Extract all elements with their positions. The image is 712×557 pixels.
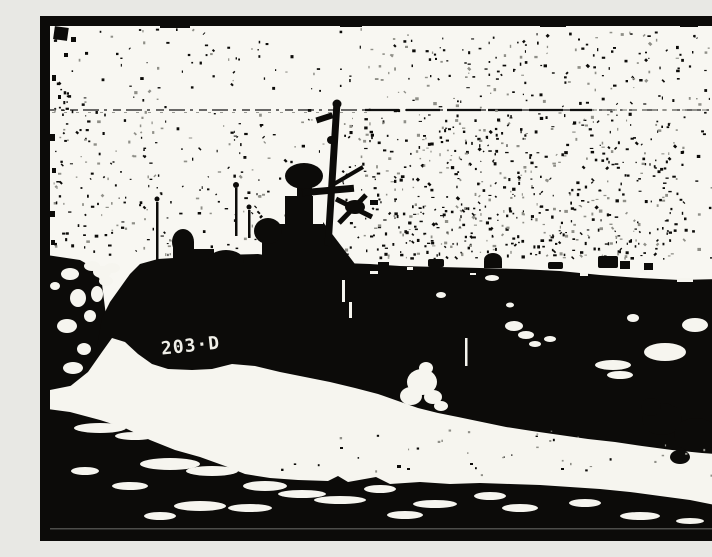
- radar-dome: [285, 163, 323, 189]
- border-top: [40, 16, 712, 26]
- border-bottom: [40, 531, 712, 541]
- mast-antenna-cluster: [345, 200, 365, 214]
- border-left: [40, 16, 50, 541]
- ship-photograph: 203·D: [40, 16, 712, 541]
- gun-barrel: [178, 249, 214, 257]
